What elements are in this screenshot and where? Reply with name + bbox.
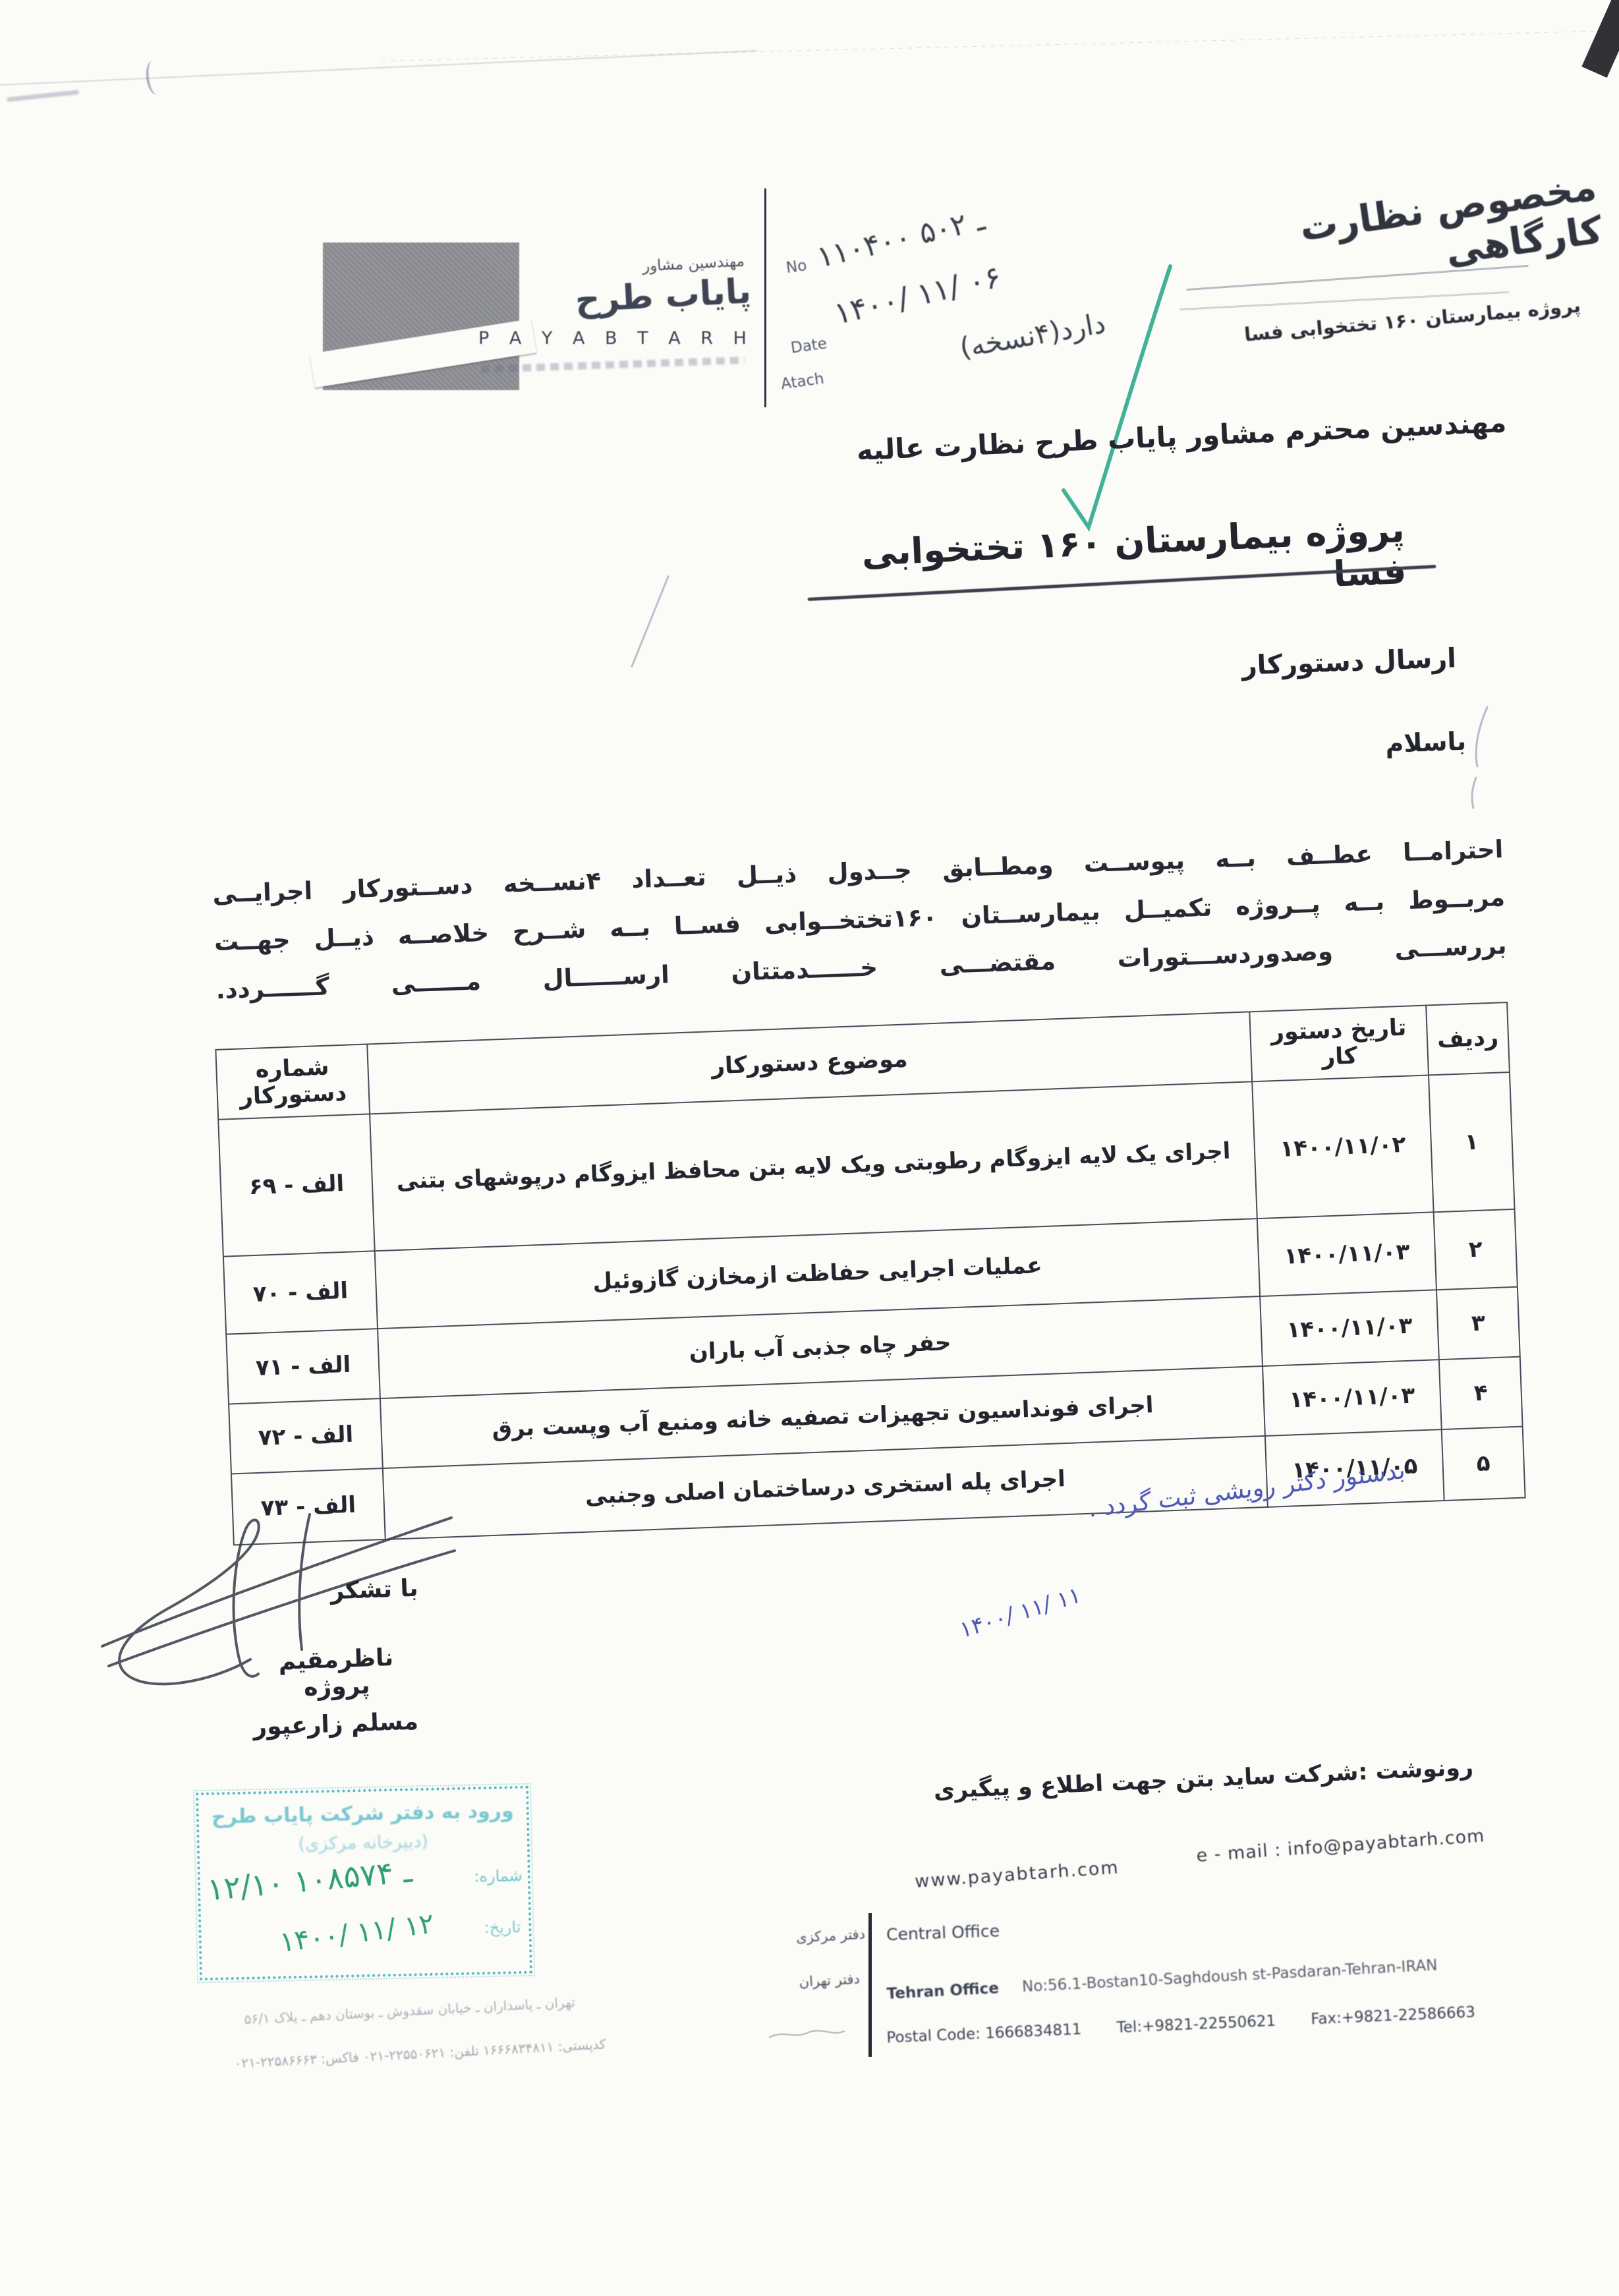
attach-label: Atach: [780, 370, 826, 393]
salutation: باسلام: [1337, 727, 1466, 761]
cell-date: ۱۴۰۰/۱۱/۰۳: [1257, 1212, 1436, 1296]
work-orders-table: ردیف تاریخ دستور کار موضوع دستورکار شمار…: [215, 1002, 1525, 1545]
stamp-date-label: تاریخ:: [484, 1918, 521, 1937]
blue-pen-date: ۱۴۰۰/ ۱۱/ ۱۱: [957, 1572, 1114, 1644]
signature-name: مسلم زارعپور: [244, 1708, 426, 1741]
cell-number: الف - ۷۲: [229, 1398, 383, 1474]
signature-role: ناظرمقیم پروژه: [248, 1643, 425, 1703]
logo-tagline-blurred: [481, 357, 745, 373]
header-order-number: شماره دستورکار: [215, 1044, 370, 1119]
stamp-line-1: ورود به دفتر شرکت پایاب طرح: [198, 1799, 526, 1829]
signature-thanks: با تشکر: [314, 1574, 434, 1605]
header-divider-line: [764, 188, 766, 407]
footer-fa-label-central: دفتر مرکزی: [782, 1926, 865, 1947]
footer-tehran-address: No:56.1-Bostan10-Saghdoush st-Pasdaran-T…: [1021, 1957, 1438, 1995]
footer-fa-contacts-faint: کدپستی: ۱۶۶۶۸۳۴۸۱۱ تلفن: ۲۲۵۵۰۶۲۱-۰۲۱ فا…: [234, 2023, 866, 2071]
footer-postal-code: Postal Code: 1666834811: [886, 2021, 1082, 2047]
stamp-date-handwritten: ۱۴۰۰/ ۱۱/ ۱۲: [278, 1903, 472, 1959]
footer-tehran-label: Tehran Office: [886, 1980, 999, 2003]
email-address: e - mail : info@payabtarh.com: [1196, 1823, 1513, 1866]
logo-brand-en: P A Y A B T A R H: [478, 328, 755, 349]
cell-number: الف - ۷۱: [226, 1329, 380, 1404]
cell-row: ۴: [1439, 1357, 1523, 1429]
pencil-note-site-supervision: مخصوص نظارت کارگاهی: [1143, 165, 1605, 315]
cell-row: ۲: [1434, 1209, 1518, 1290]
cell-row: ۱: [1429, 1072, 1514, 1212]
cell-date: ۱۴۰۰/۱۱/۰۳: [1263, 1360, 1442, 1436]
header-row-number: ردیف: [1426, 1002, 1510, 1075]
footer-telephone: Tel:+9821-22550621: [1116, 2013, 1276, 2037]
date-label: Date: [789, 335, 828, 357]
registry-stamp: ورود به دفتر شرکت پایاب طرح (دبیرخانه مر…: [196, 1786, 532, 1981]
footer-divider-line: [868, 1913, 872, 2057]
no-label: No: [785, 257, 808, 277]
cell-number: الف - ۷۰: [223, 1251, 378, 1334]
footer-fa-address-faint: تهران ـ پاسداران ـ خیابان سقدوش ـ بوستان…: [244, 1980, 857, 2028]
cell-number: الف - ۶۹: [218, 1114, 374, 1256]
footer-postal-row: Postal Code: 1666834811 Tel:+9821-225506…: [886, 1998, 1598, 2046]
logo-brand-fa: پایاب طرح: [553, 272, 753, 322]
scan-artifact-line: [0, 50, 757, 86]
header-order-date: تاریخ دستور کار: [1249, 1006, 1429, 1082]
footer-central-office: Central Office: [886, 1918, 1085, 1944]
cell-date: ۱۴۰۰/۱۱/۰۲: [1252, 1075, 1433, 1219]
scan-artifact-mark: [144, 59, 166, 96]
cell-row: ۵: [1442, 1427, 1525, 1501]
cell-date: ۱۴۰۰/۱۱/۰۳: [1260, 1290, 1439, 1366]
subject-line: ارسال دستورکار: [1199, 643, 1456, 683]
stamp-number-handwritten: ۱۲/۱۰ ـ ۱۰۸۵۷۴: [206, 1847, 484, 1909]
cell-row: ۳: [1436, 1287, 1520, 1360]
scanned-letter-page: مهندسین مشاور پایاب طرح P A Y A B T A R …: [0, 0, 1619, 2296]
cc-line: رونوشت :شرکت ساید بتن جهت اطلاع و پیگیری: [913, 1754, 1474, 1805]
scan-artifact-smudge: [7, 90, 79, 101]
body-paragraph: احترامــا عطــف بــه پیوســت ومطــابق جـ…: [212, 825, 1507, 1014]
footer-fax: Fax:+9821-22586663: [1311, 2004, 1476, 2028]
stray-pen-mark: [631, 575, 669, 668]
project-title: پروژه بیمارستان ۱۶۰ تختخوابی فسا: [811, 509, 1407, 617]
scan-corner-shadow: [1581, 0, 1619, 78]
website-url: www.payabtarh.com: [914, 1856, 1139, 1892]
scan-artifact-dotted-line: [382, 30, 1614, 61]
margin-scribble: [1458, 704, 1497, 813]
footer-tehran-office-row: Tehran Office No:56.1-Bostan10-Saghdoush…: [886, 1947, 1618, 2003]
